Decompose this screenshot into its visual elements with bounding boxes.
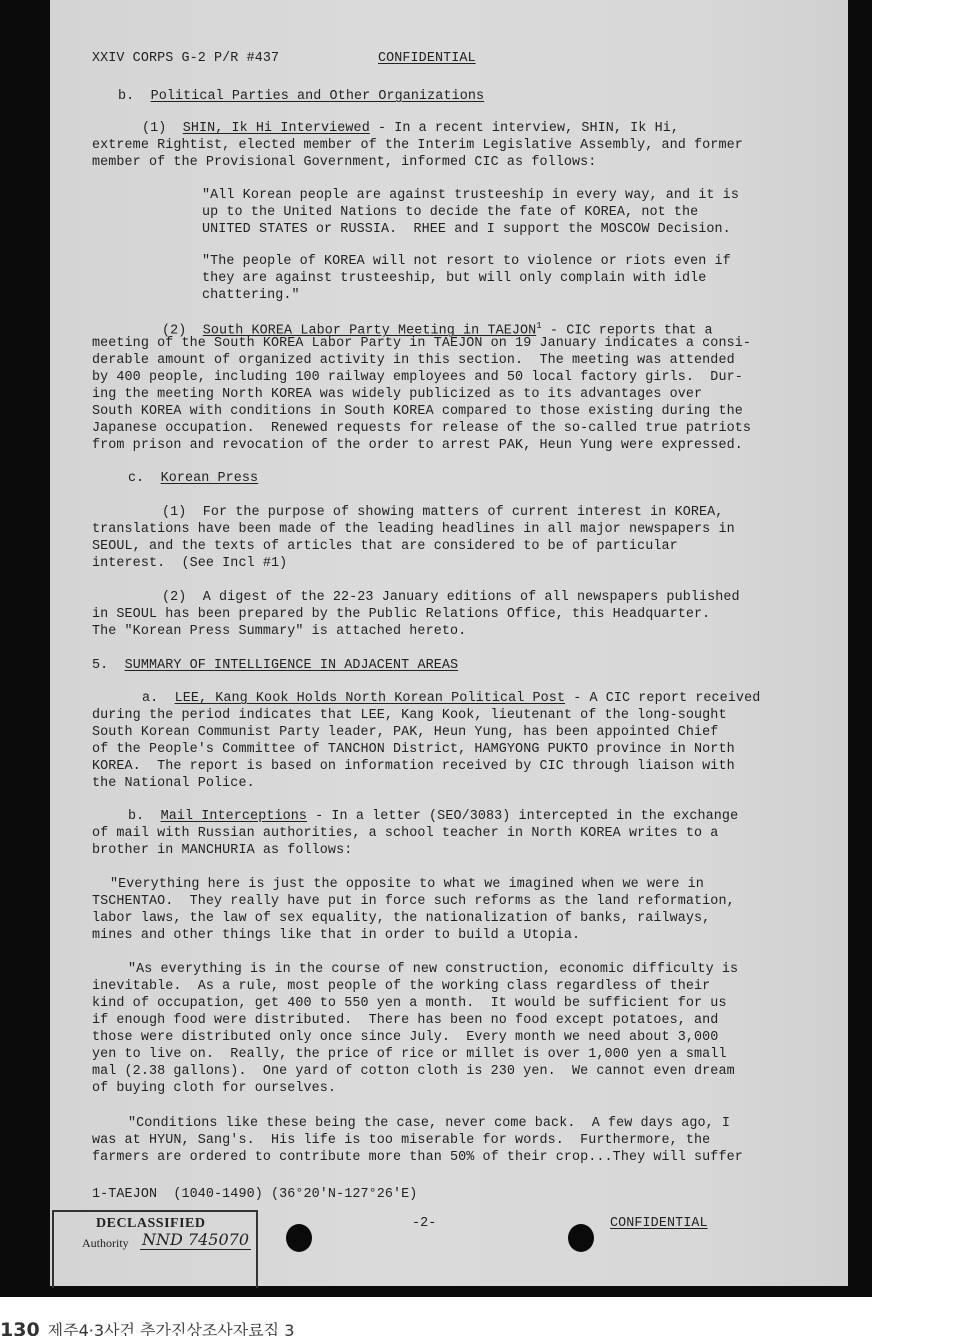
paragraph-line: translations have been made of the leadi… (92, 521, 735, 538)
section-c-heading: c. Korean Press (128, 470, 258, 487)
paragraph-line: the National Police. (92, 775, 255, 792)
page-number: -2- (412, 1215, 436, 1232)
item-5b-first-line: b. Mail Interceptions - In a letter (SEO… (128, 808, 738, 825)
item-c2-first-line: (2) A digest of the 22-23 January editio… (162, 589, 740, 606)
quote-line: "The people of KOREA will not resort to … (202, 253, 731, 270)
document-id: XXIV CORPS G-2 P/R #437 (92, 50, 279, 67)
quote-line: if enough food were distributed. There h… (92, 1012, 718, 1029)
declassified-stamp: DECLASSIFIED Authority NND 745070 (52, 1210, 258, 1288)
stamp-authority-value: NND 745070 (140, 1230, 251, 1250)
paragraph-line: extreme Rightist, elected member of the … (92, 137, 743, 154)
quote-line: was at HYUN, Sang's. His life is too mis… (92, 1132, 710, 1149)
item-b1-first-line: (1) SHIN, Ik Hi Interviewed - In a recen… (142, 120, 679, 137)
quote-line: UNITED STATES or RUSSIA. RHEE and I supp… (202, 221, 731, 238)
quote-line: mal (2.38 gallons). One yard of cotton c… (92, 1063, 735, 1080)
paragraph-line: South Korean Communist Party leader, PAK… (92, 724, 718, 741)
paragraph-line: of the People's Committee of TANCHON Dis… (92, 741, 735, 758)
section-c-title: Korean Press (161, 471, 259, 486)
document-page: XXIV CORPS G-2 P/R #437 CONFIDENTIAL b. … (50, 0, 848, 1286)
section-5-heading: 5. SUMMARY OF INTELLIGENCE IN ADJACENT A… (92, 657, 458, 674)
paragraph-line: member of the Provisional Government, in… (92, 154, 596, 171)
quote-line: up to the United Nations to decide the f… (202, 204, 698, 221)
section-b-title: Political Parties and Other Organization… (151, 89, 485, 104)
paragraph-line: during the period indicates that LEE, Ka… (92, 707, 727, 724)
paragraph-line: South KOREA with conditions in South KOR… (92, 403, 743, 420)
quote-line: they are against trusteeship, but will o… (202, 270, 706, 287)
classification-header: CONFIDENTIAL (378, 50, 476, 67)
item-5b-title: Mail Interceptions (161, 809, 307, 824)
paragraph-line: meeting of the South KOREA Labor Party i… (92, 335, 751, 352)
section-5-title: SUMMARY OF INTELLIGENCE IN ADJACENT AREA… (125, 658, 459, 673)
paragraph-line: brother in MANCHURIA as follows: (92, 842, 352, 859)
quote-line: "As everything is in the course of new c… (128, 961, 738, 978)
quote-line: TSCHENTAO. They really have put in force… (92, 893, 735, 910)
paragraph-line: interest. (See Incl #1) (92, 555, 287, 572)
paragraph-line: in SEOUL has been prepared by the Public… (92, 606, 710, 623)
paragraph-line: KOREA. The report is based on informatio… (92, 758, 735, 775)
quote-line: those were distributed only once since J… (92, 1029, 718, 1046)
paragraph-line: from prison and revocation of the order … (92, 437, 743, 454)
quote-line: of buying cloth for ourselves. (92, 1080, 336, 1097)
quote-line: inevitable. As a rule, most people of th… (92, 978, 710, 995)
book-caption: 130제주4·3사건 추가진상조사자료집 3 (0, 1318, 294, 1336)
paragraph-line: SEOUL, and the texts of articles that ar… (92, 538, 678, 555)
punch-hole-icon (286, 1224, 312, 1252)
item-b1-title: SHIN, Ik Hi Interviewed (183, 121, 370, 136)
quote-line: farmers are ordered to contribute more t… (92, 1149, 743, 1166)
paragraph-line: by 400 people, including 100 railway emp… (92, 369, 743, 386)
item-5a-title: LEE, Kang Kook Holds North Korean Politi… (175, 691, 566, 706)
quote-line: "Conditions like these being the case, n… (128, 1115, 730, 1132)
quote-line: "All Korean people are against trusteesh… (202, 187, 739, 204)
quote-line: kind of occupation, get 400 to 550 yen a… (92, 995, 727, 1012)
book-title: 제주4·3사건 추가진상조사자료집 3 (48, 1321, 295, 1336)
paragraph-line: Japanese occupation. Renewed requests fo… (92, 420, 751, 437)
stamp-authority-label: Authority (82, 1236, 129, 1251)
item-5a-first-line: a. LEE, Kang Kook Holds North Korean Pol… (142, 690, 760, 707)
punch-hole-icon (568, 1224, 594, 1252)
paragraph-line: of mail with Russian authorities, a scho… (92, 825, 718, 842)
quote-line: mines and other things like that in orde… (92, 927, 580, 944)
quote-line: yen to live on. Really, the price of ric… (92, 1046, 727, 1063)
quote-line: "Everything here is just the opposite to… (110, 876, 704, 893)
quote-line: labor laws, the law of sex equality, the… (92, 910, 710, 927)
paragraph-line: derable amount of organized activity in … (92, 352, 735, 369)
footnote: 1-TAEJON (1040-1490) (36°20'N-127°26'E) (92, 1186, 417, 1203)
paragraph-line: The "Korean Press Summary" is attached h… (92, 623, 466, 640)
book-page-number: 130 (0, 1319, 40, 1336)
classification-footer: CONFIDENTIAL (610, 1215, 708, 1232)
quote-line: chattering." (202, 287, 300, 304)
section-b-heading: b. Political Parties and Other Organizat… (118, 88, 484, 105)
item-c1-first-line: (1) For the purpose of showing matters o… (162, 504, 723, 521)
paragraph-line: ing the meeting North KOREA was widely p… (92, 386, 702, 403)
